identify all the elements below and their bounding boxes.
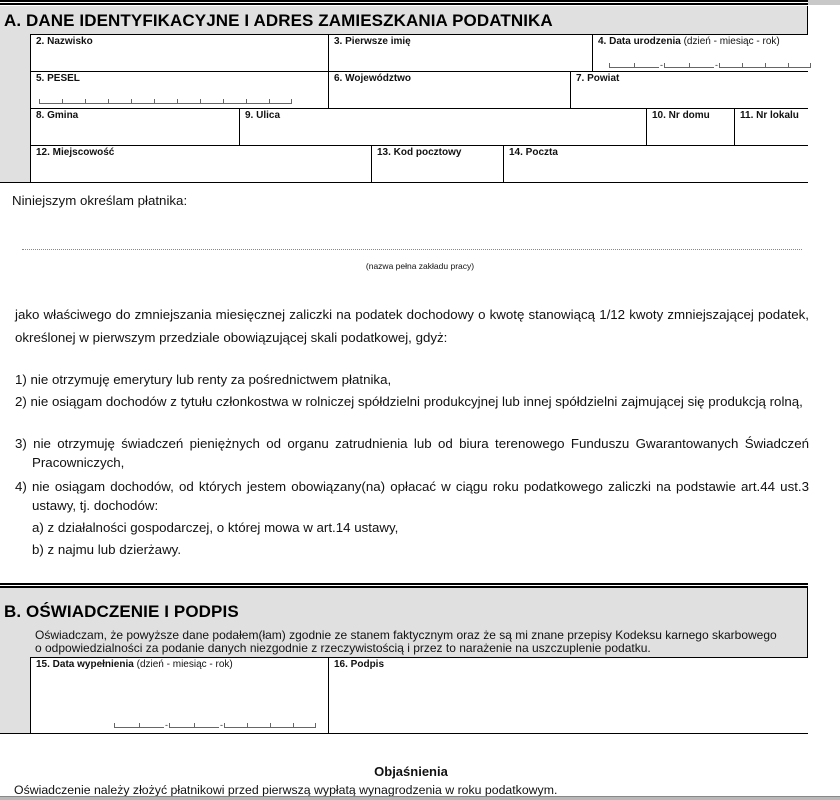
field-data-urodzenia[interactable]: 4. Data urodzenia (dzień - miesiąc - rok…: [592, 34, 808, 71]
label-miejscowosc: 12. Miejscowość: [36, 147, 114, 158]
field-gmina[interactable]: 8. Gmina: [30, 108, 239, 145]
label-pesel: 5. PESEL: [36, 73, 80, 84]
label-kod-pocztowy: 13. Kod pocztowy: [377, 147, 461, 158]
field-wojewodztwo[interactable]: 6. Województwo: [328, 71, 570, 108]
label-nr-domu: 10. Nr domu: [652, 110, 710, 121]
bottom-scroll-edge: [0, 796, 840, 800]
label-data-urodzenia: 4. Data urodzenia (dzień - miesiąc - rok…: [598, 36, 780, 47]
label-nr-lokalu: 11. Nr lokalu: [740, 110, 799, 121]
intro-text: Niniejszym określam płatnika:: [12, 193, 187, 208]
label-nazwisko: 2. Nazwisko: [36, 36, 93, 47]
label-gmina: 8. Gmina: [36, 110, 78, 121]
label-podpis: 16. Podpis: [334, 659, 384, 670]
explanations-title: Objaśnienia: [0, 764, 822, 779]
field-poczta[interactable]: 14. Poczta: [503, 145, 808, 182]
field-kod-pocztowy[interactable]: 13. Kod pocztowy: [371, 145, 503, 182]
condition-item-4: 4) nie osiągam dochodów, od których jest…: [15, 477, 809, 515]
top-rule-second: [0, 3, 808, 5]
condition-subitem-a: a) z działalności gospodarczej, o której…: [32, 520, 398, 535]
section-b: B. OŚWIADCZENIE I PODPIS Oświadczam, że …: [0, 588, 808, 734]
field-podpis[interactable]: 16. Podpis: [328, 657, 808, 733]
employer-name-caption: (nazwa pełna zakładu pracy): [0, 261, 840, 271]
label-pierwsze-imie: 3. Pierwsze imię: [334, 36, 411, 47]
field-nazwisko[interactable]: 2. Nazwisko: [30, 34, 328, 71]
label-powiat: 7. Powiat: [576, 73, 619, 84]
top-rule: [0, 0, 840, 2]
section-b-title: B. OŚWIADCZENIE I PODPIS: [4, 602, 239, 622]
explanations-text: Oświadczenie należy złożyć płatnikowi pr…: [14, 783, 557, 797]
field-data-wypelnienia[interactable]: 15. Data wypełnienia (dzień - miesiąc - …: [30, 657, 328, 733]
label-poczta: 14. Poczta: [509, 147, 558, 158]
condition-subitem-b: b) z najmu lub dzierżawy.: [32, 542, 181, 557]
section-b-rule: [0, 583, 808, 585]
label-data-wypelnienia: 15. Data wypełnienia (dzień - miesiąc - …: [36, 659, 233, 670]
condition-item-2: 2) nie osiągam dochodów z tytułu członko…: [15, 392, 809, 411]
field-powiat[interactable]: 7. Powiat: [570, 71, 808, 108]
condition-item-3: 3) nie otrzymuję świadczeń pieniężnych o…: [15, 434, 809, 472]
label-wojewodztwo: 6. Województwo: [334, 73, 411, 84]
condition-item-1: 1) nie otrzymuję emerytury lub renty za …: [15, 370, 809, 389]
pesel-comb: [39, 98, 292, 104]
declaration-text: Oświadczam, że powyższe dane podałem(łam…: [35, 629, 777, 655]
field-miejscowosc[interactable]: 12. Miejscowość: [30, 145, 371, 182]
section-a-title: A. DANE IDENTYFIKACYJNE I ADRES ZAMIESZK…: [4, 11, 553, 31]
field-nr-lokalu[interactable]: 11. Nr lokalu: [734, 108, 808, 145]
top-edge: [808, 0, 840, 5]
field-nr-domu[interactable]: 10. Nr domu: [646, 108, 734, 145]
birthdate-comb: --: [609, 62, 811, 68]
main-paragraph: jako właściwego do zmniejszania miesięcz…: [15, 303, 809, 349]
employer-name-line[interactable]: [22, 248, 802, 250]
section-a: A. DANE IDENTYFIKACYJNE I ADRES ZAMIESZK…: [0, 6, 808, 183]
field-pesel[interactable]: 5. PESEL: [30, 71, 328, 108]
field-pierwsze-imie[interactable]: 3. Pierwsze imię: [328, 34, 592, 71]
fill-date-comb: --: [114, 722, 316, 728]
label-ulica: 9. Ulica: [245, 110, 280, 121]
field-ulica[interactable]: 9. Ulica: [239, 108, 646, 145]
